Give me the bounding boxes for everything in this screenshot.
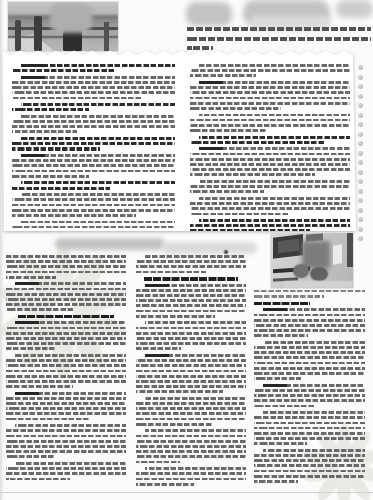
binding-dot bbox=[358, 103, 363, 108]
text-line bbox=[199, 197, 350, 200]
text-line bbox=[15, 282, 126, 285]
text-line bbox=[254, 324, 365, 327]
text-line bbox=[190, 119, 350, 122]
text-line bbox=[136, 294, 246, 297]
text-line bbox=[6, 364, 126, 367]
text-line bbox=[136, 347, 181, 350]
text-line bbox=[6, 385, 73, 388]
text-line bbox=[12, 209, 175, 212]
text-line bbox=[6, 342, 126, 345]
text-line bbox=[6, 445, 126, 448]
text-line bbox=[136, 455, 246, 458]
text-line bbox=[21, 181, 175, 184]
text-line bbox=[190, 173, 315, 176]
text-line bbox=[136, 402, 246, 405]
binding-dot bbox=[358, 113, 363, 118]
text-line bbox=[254, 399, 365, 402]
text-line bbox=[6, 276, 56, 279]
bold-lead-bar bbox=[15, 392, 39, 395]
text-line bbox=[136, 478, 246, 481]
photo-railing-post bbox=[15, 20, 21, 51]
text-line bbox=[136, 375, 246, 378]
text-line bbox=[12, 159, 175, 162]
text-line bbox=[136, 390, 223, 393]
text-line bbox=[21, 193, 175, 196]
text-line bbox=[145, 397, 246, 400]
text-line bbox=[136, 304, 246, 307]
bold-lead-bar bbox=[145, 284, 169, 287]
text-line bbox=[6, 370, 126, 373]
riverside-person-photo bbox=[8, 2, 118, 51]
text-line bbox=[6, 332, 126, 335]
text-line bbox=[254, 394, 365, 397]
text-line bbox=[136, 412, 246, 415]
text-line bbox=[12, 187, 110, 190]
text-line bbox=[136, 265, 246, 268]
text-line bbox=[136, 440, 246, 443]
text-line bbox=[199, 114, 350, 117]
text-line bbox=[6, 380, 126, 383]
text-line bbox=[6, 308, 74, 311]
bold-lead-bar bbox=[199, 81, 223, 84]
blurred-headline-blob bbox=[162, 242, 257, 254]
text-line bbox=[136, 332, 246, 335]
text-line bbox=[136, 450, 246, 453]
kiosk-machine-photo bbox=[271, 233, 353, 288]
blurred-headline-blob bbox=[186, 2, 232, 26]
text-line bbox=[254, 459, 365, 462]
text-line bbox=[254, 351, 365, 354]
text-line bbox=[254, 314, 365, 317]
text-line bbox=[145, 321, 246, 324]
text-line bbox=[145, 255, 246, 258]
text-line bbox=[254, 432, 365, 435]
scanned-page bbox=[0, 0, 373, 500]
clipping-column-right bbox=[190, 64, 350, 232]
text-line bbox=[136, 472, 246, 475]
headline-speck bbox=[224, 250, 228, 254]
bottom-column-left bbox=[6, 255, 126, 491]
text-line bbox=[190, 202, 350, 205]
binding-dot bbox=[358, 189, 363, 194]
text-line bbox=[6, 359, 126, 362]
text-line bbox=[6, 412, 126, 415]
text-line bbox=[136, 435, 246, 438]
text-line bbox=[254, 475, 365, 478]
text-line bbox=[6, 472, 126, 475]
text-line bbox=[254, 464, 365, 467]
bold-lead-bar bbox=[145, 354, 169, 357]
text-line bbox=[254, 442, 307, 445]
text-line bbox=[136, 370, 246, 373]
blurred-headline-blob bbox=[55, 238, 165, 250]
binding-dot bbox=[358, 75, 363, 80]
text-line bbox=[263, 411, 365, 414]
bottom-column-right bbox=[254, 290, 365, 491]
text-line bbox=[136, 315, 215, 318]
text-line bbox=[21, 103, 175, 106]
binding-dot bbox=[358, 170, 363, 175]
text-line bbox=[254, 427, 365, 430]
bold-lead-bar bbox=[21, 154, 45, 157]
text-line bbox=[254, 367, 365, 370]
binding-dot bbox=[358, 84, 363, 89]
text-line bbox=[263, 308, 365, 311]
text-line bbox=[263, 384, 365, 387]
text-line bbox=[15, 354, 126, 357]
text-line bbox=[6, 440, 126, 443]
text-line bbox=[6, 467, 126, 470]
text-line bbox=[254, 319, 365, 322]
text-line bbox=[190, 229, 310, 232]
text-line bbox=[12, 120, 175, 123]
text-line bbox=[145, 429, 246, 432]
text-line bbox=[15, 321, 126, 324]
text-line bbox=[254, 372, 365, 375]
binding-dot bbox=[358, 141, 363, 146]
binding-dot bbox=[358, 122, 363, 127]
text-line bbox=[6, 450, 126, 453]
text-line bbox=[15, 462, 126, 465]
text-line bbox=[254, 356, 365, 359]
text-line bbox=[190, 185, 350, 188]
footer-rule bbox=[0, 492, 373, 493]
text-line bbox=[254, 377, 301, 380]
text-line bbox=[136, 407, 246, 410]
text-line bbox=[6, 478, 70, 481]
text-line bbox=[190, 158, 350, 161]
text-line bbox=[6, 402, 126, 405]
text-line bbox=[136, 271, 206, 274]
text-line bbox=[199, 64, 350, 67]
text-line bbox=[12, 91, 175, 94]
bold-lead-bar bbox=[199, 147, 223, 150]
text-line bbox=[190, 69, 350, 72]
text-line bbox=[254, 290, 365, 292]
text-line bbox=[190, 168, 350, 171]
text-line bbox=[199, 136, 350, 139]
photo-hand bbox=[293, 264, 309, 277]
text-line bbox=[190, 153, 350, 156]
text-line bbox=[254, 454, 365, 457]
text-line bbox=[21, 76, 175, 79]
text-line bbox=[190, 224, 350, 227]
text-line bbox=[187, 27, 371, 31]
text-line bbox=[190, 86, 350, 89]
text-line bbox=[254, 329, 365, 332]
bold-lead-bar bbox=[263, 384, 287, 387]
subheading-bar bbox=[18, 315, 114, 318]
binding-dot bbox=[358, 65, 363, 70]
text-line bbox=[6, 418, 90, 421]
text-line bbox=[263, 449, 365, 452]
text-line bbox=[190, 207, 350, 210]
bold-lead-bar bbox=[263, 308, 287, 311]
subheading-bar bbox=[144, 277, 239, 280]
text-line bbox=[12, 125, 175, 128]
text-line bbox=[199, 81, 350, 84]
binding-dot bbox=[358, 227, 363, 232]
text-line bbox=[6, 265, 126, 268]
text-line bbox=[199, 147, 350, 150]
text-line bbox=[136, 289, 246, 292]
photo-railing-post bbox=[34, 16, 42, 51]
text-line bbox=[12, 81, 175, 84]
text-line bbox=[6, 455, 54, 458]
text-line bbox=[254, 346, 365, 349]
text-line bbox=[136, 380, 246, 383]
text-line bbox=[136, 327, 246, 330]
text-line bbox=[136, 310, 246, 313]
binding-dot bbox=[358, 132, 363, 137]
text-line bbox=[6, 255, 126, 258]
text-line bbox=[6, 375, 126, 378]
binding-dot bbox=[358, 160, 363, 165]
text-line bbox=[12, 164, 175, 167]
bold-lead-bar bbox=[21, 64, 45, 67]
text-line bbox=[6, 271, 126, 274]
text-line bbox=[12, 214, 136, 217]
photo-privacy-blur bbox=[50, 3, 92, 33]
text-line bbox=[12, 170, 175, 173]
binding-dot bbox=[358, 236, 363, 241]
blurred-headline-blob bbox=[336, 0, 373, 18]
text-line bbox=[12, 147, 100, 150]
text-line bbox=[145, 284, 246, 287]
binding-dot bbox=[358, 179, 363, 184]
text-line bbox=[254, 389, 365, 392]
text-line bbox=[6, 347, 55, 350]
text-line bbox=[136, 418, 246, 421]
bold-lead-bar bbox=[21, 76, 45, 79]
text-line bbox=[187, 37, 371, 41]
text-line bbox=[190, 107, 281, 110]
photo-machine-edge bbox=[347, 233, 353, 267]
text-line bbox=[136, 359, 246, 362]
text-line bbox=[12, 204, 175, 207]
binding-dot bbox=[358, 94, 363, 99]
text-line bbox=[145, 467, 246, 470]
text-line bbox=[6, 327, 126, 330]
subheading-bar bbox=[254, 302, 310, 305]
photo-receipt-strip bbox=[333, 244, 342, 265]
text-line bbox=[145, 354, 246, 357]
bottom-column-middle bbox=[136, 255, 246, 491]
text-line bbox=[190, 190, 264, 193]
bold-lead-bar bbox=[15, 321, 39, 324]
binding-dot bbox=[358, 208, 363, 213]
text-line bbox=[254, 416, 365, 419]
text-line bbox=[21, 115, 175, 118]
photo-machine-base bbox=[284, 281, 353, 288]
clipping-paper bbox=[2, 50, 356, 235]
text-line bbox=[190, 213, 288, 216]
binding-dot bbox=[358, 198, 363, 203]
text-line bbox=[12, 226, 175, 229]
text-line bbox=[263, 341, 365, 344]
text-line bbox=[190, 91, 350, 94]
text-line bbox=[136, 423, 213, 426]
text-line bbox=[12, 198, 175, 201]
text-line bbox=[136, 445, 246, 448]
text-line bbox=[254, 470, 365, 473]
newspaper-clipping bbox=[2, 50, 356, 235]
text-line bbox=[12, 108, 89, 111]
text-line bbox=[12, 231, 121, 232]
text-line bbox=[21, 221, 175, 224]
text-line bbox=[21, 137, 175, 140]
bold-lead-bar bbox=[15, 282, 39, 285]
text-line bbox=[12, 97, 141, 100]
text-line bbox=[190, 163, 350, 166]
text-line bbox=[254, 480, 298, 483]
text-line bbox=[6, 303, 126, 306]
text-line bbox=[6, 435, 126, 438]
text-line bbox=[136, 461, 180, 464]
text-line bbox=[6, 288, 126, 291]
text-line bbox=[190, 97, 350, 100]
text-line bbox=[6, 429, 126, 432]
text-line bbox=[136, 260, 246, 263]
binding-dot bbox=[358, 217, 363, 222]
text-line bbox=[136, 299, 246, 302]
text-line bbox=[190, 129, 267, 132]
text-line bbox=[6, 407, 126, 410]
text-line bbox=[6, 298, 126, 301]
text-line bbox=[12, 142, 175, 145]
text-line bbox=[6, 293, 126, 296]
text-line bbox=[190, 141, 324, 144]
text-line bbox=[254, 405, 315, 408]
text-line bbox=[136, 337, 246, 340]
text-line bbox=[6, 397, 126, 400]
text-line bbox=[190, 124, 350, 127]
text-line bbox=[12, 175, 89, 178]
text-line bbox=[12, 69, 115, 72]
text-line bbox=[254, 362, 365, 365]
text-line bbox=[136, 364, 246, 367]
text-line bbox=[6, 260, 126, 263]
text-line bbox=[12, 86, 175, 89]
binding-dot bbox=[358, 151, 363, 156]
text-line bbox=[21, 154, 175, 157]
text-line bbox=[15, 392, 126, 395]
clipping-column-left bbox=[12, 64, 175, 232]
text-line bbox=[254, 295, 324, 297]
text-line bbox=[21, 64, 175, 67]
text-line bbox=[190, 102, 350, 105]
text-line bbox=[136, 385, 246, 388]
text-line bbox=[6, 337, 126, 340]
text-line bbox=[136, 342, 246, 345]
text-line bbox=[136, 483, 194, 486]
text-line bbox=[254, 437, 365, 440]
text-line bbox=[15, 424, 126, 427]
text-line bbox=[199, 180, 350, 183]
text-line bbox=[254, 334, 308, 337]
text-line bbox=[12, 130, 77, 133]
photo-railing-post bbox=[104, 22, 110, 51]
text-line bbox=[199, 219, 350, 222]
text-line bbox=[190, 74, 256, 77]
text-line bbox=[254, 422, 365, 425]
